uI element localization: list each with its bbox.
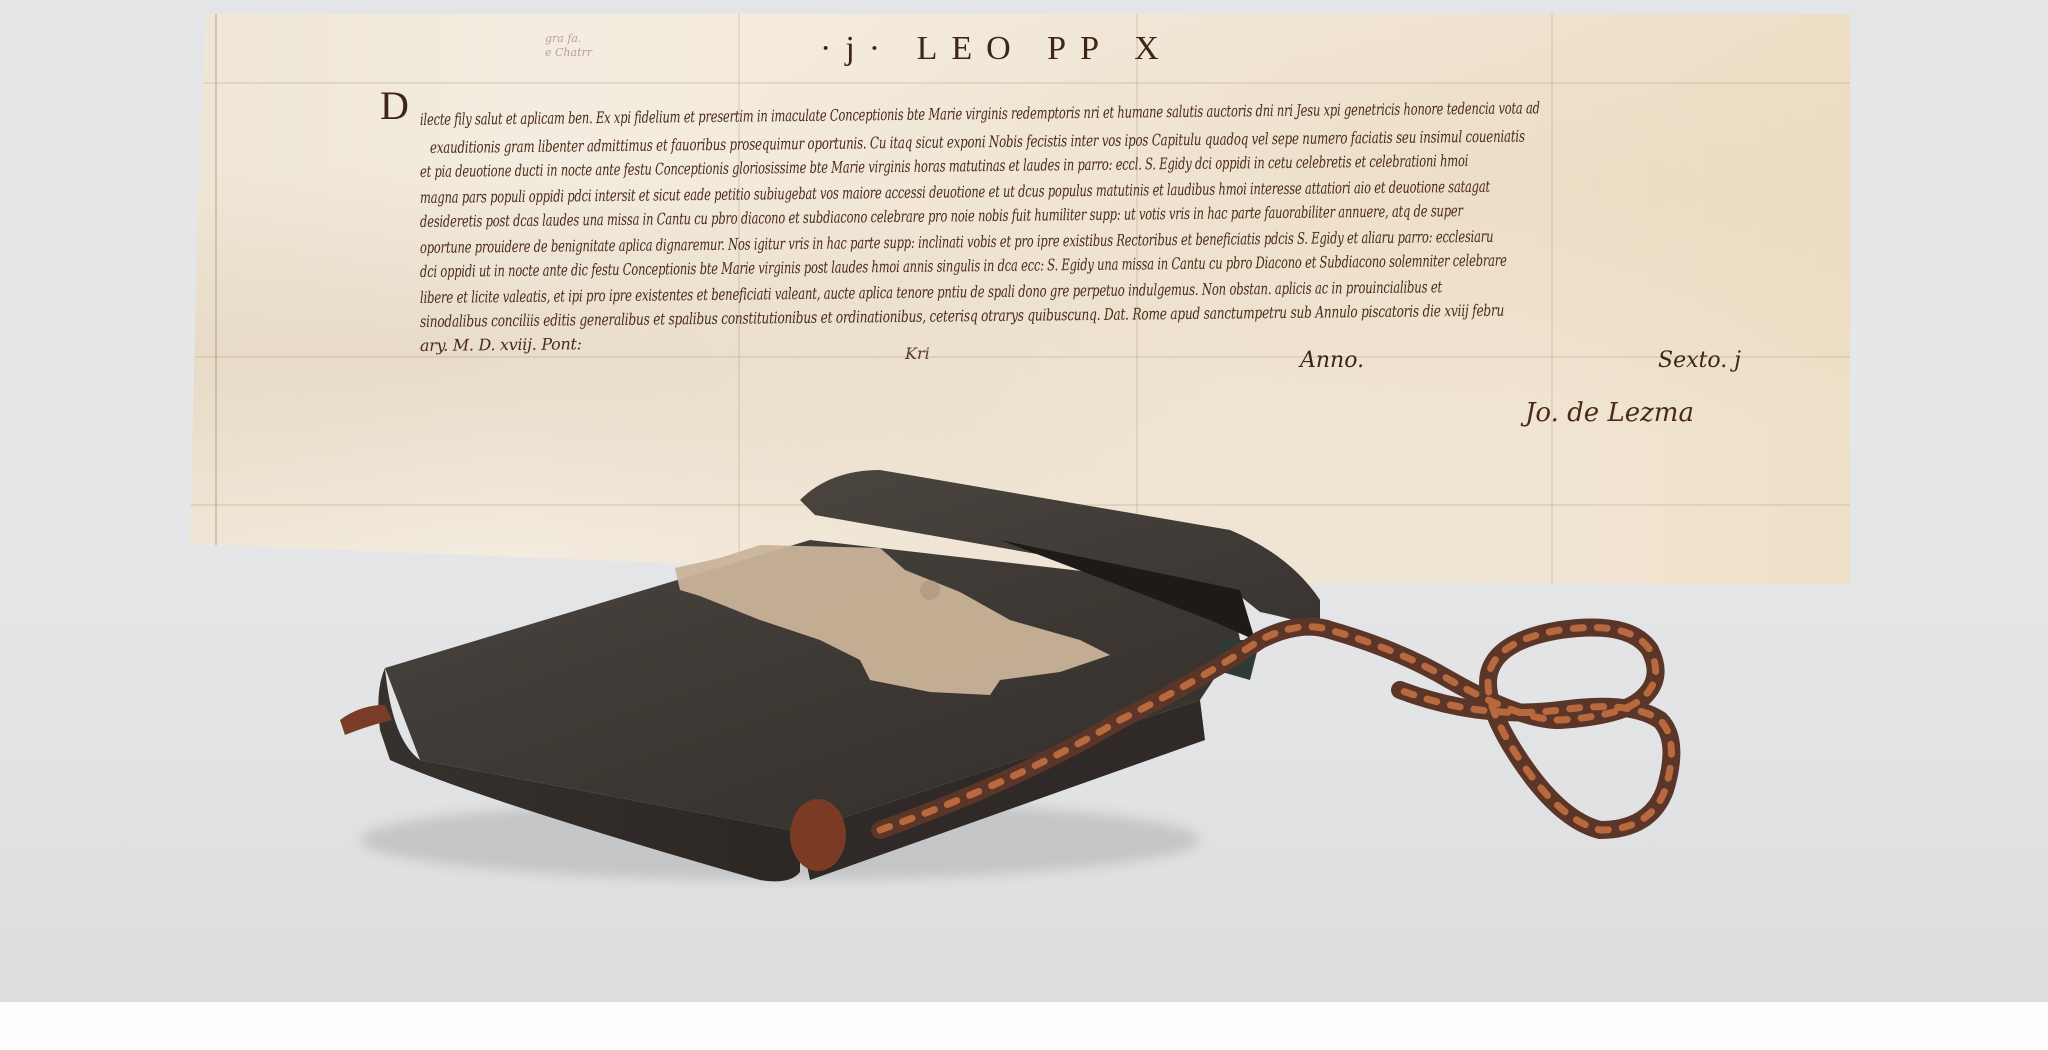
fold-line [1551, 14, 1553, 584]
date-sexto: Sexto. j [1658, 348, 1741, 373]
document-heading: ·j· LEO PP X [820, 30, 1173, 68]
date-anno: Anno. [1300, 348, 1364, 373]
fold-line [190, 356, 1850, 358]
fold-line [190, 504, 1850, 506]
manuscript-line: ary. M. D. xviij. Pont: [420, 334, 582, 355]
margin-line [215, 14, 217, 584]
registry-notation: Kri [905, 344, 930, 363]
fold-line [190, 82, 1850, 84]
initial-letter: D [380, 82, 409, 129]
faint-annotation: gra fa. e Chatrr [545, 32, 592, 60]
bottom-margin [0, 1002, 2048, 1050]
secretary-signature: Jo. de Lezma [1525, 398, 1694, 428]
